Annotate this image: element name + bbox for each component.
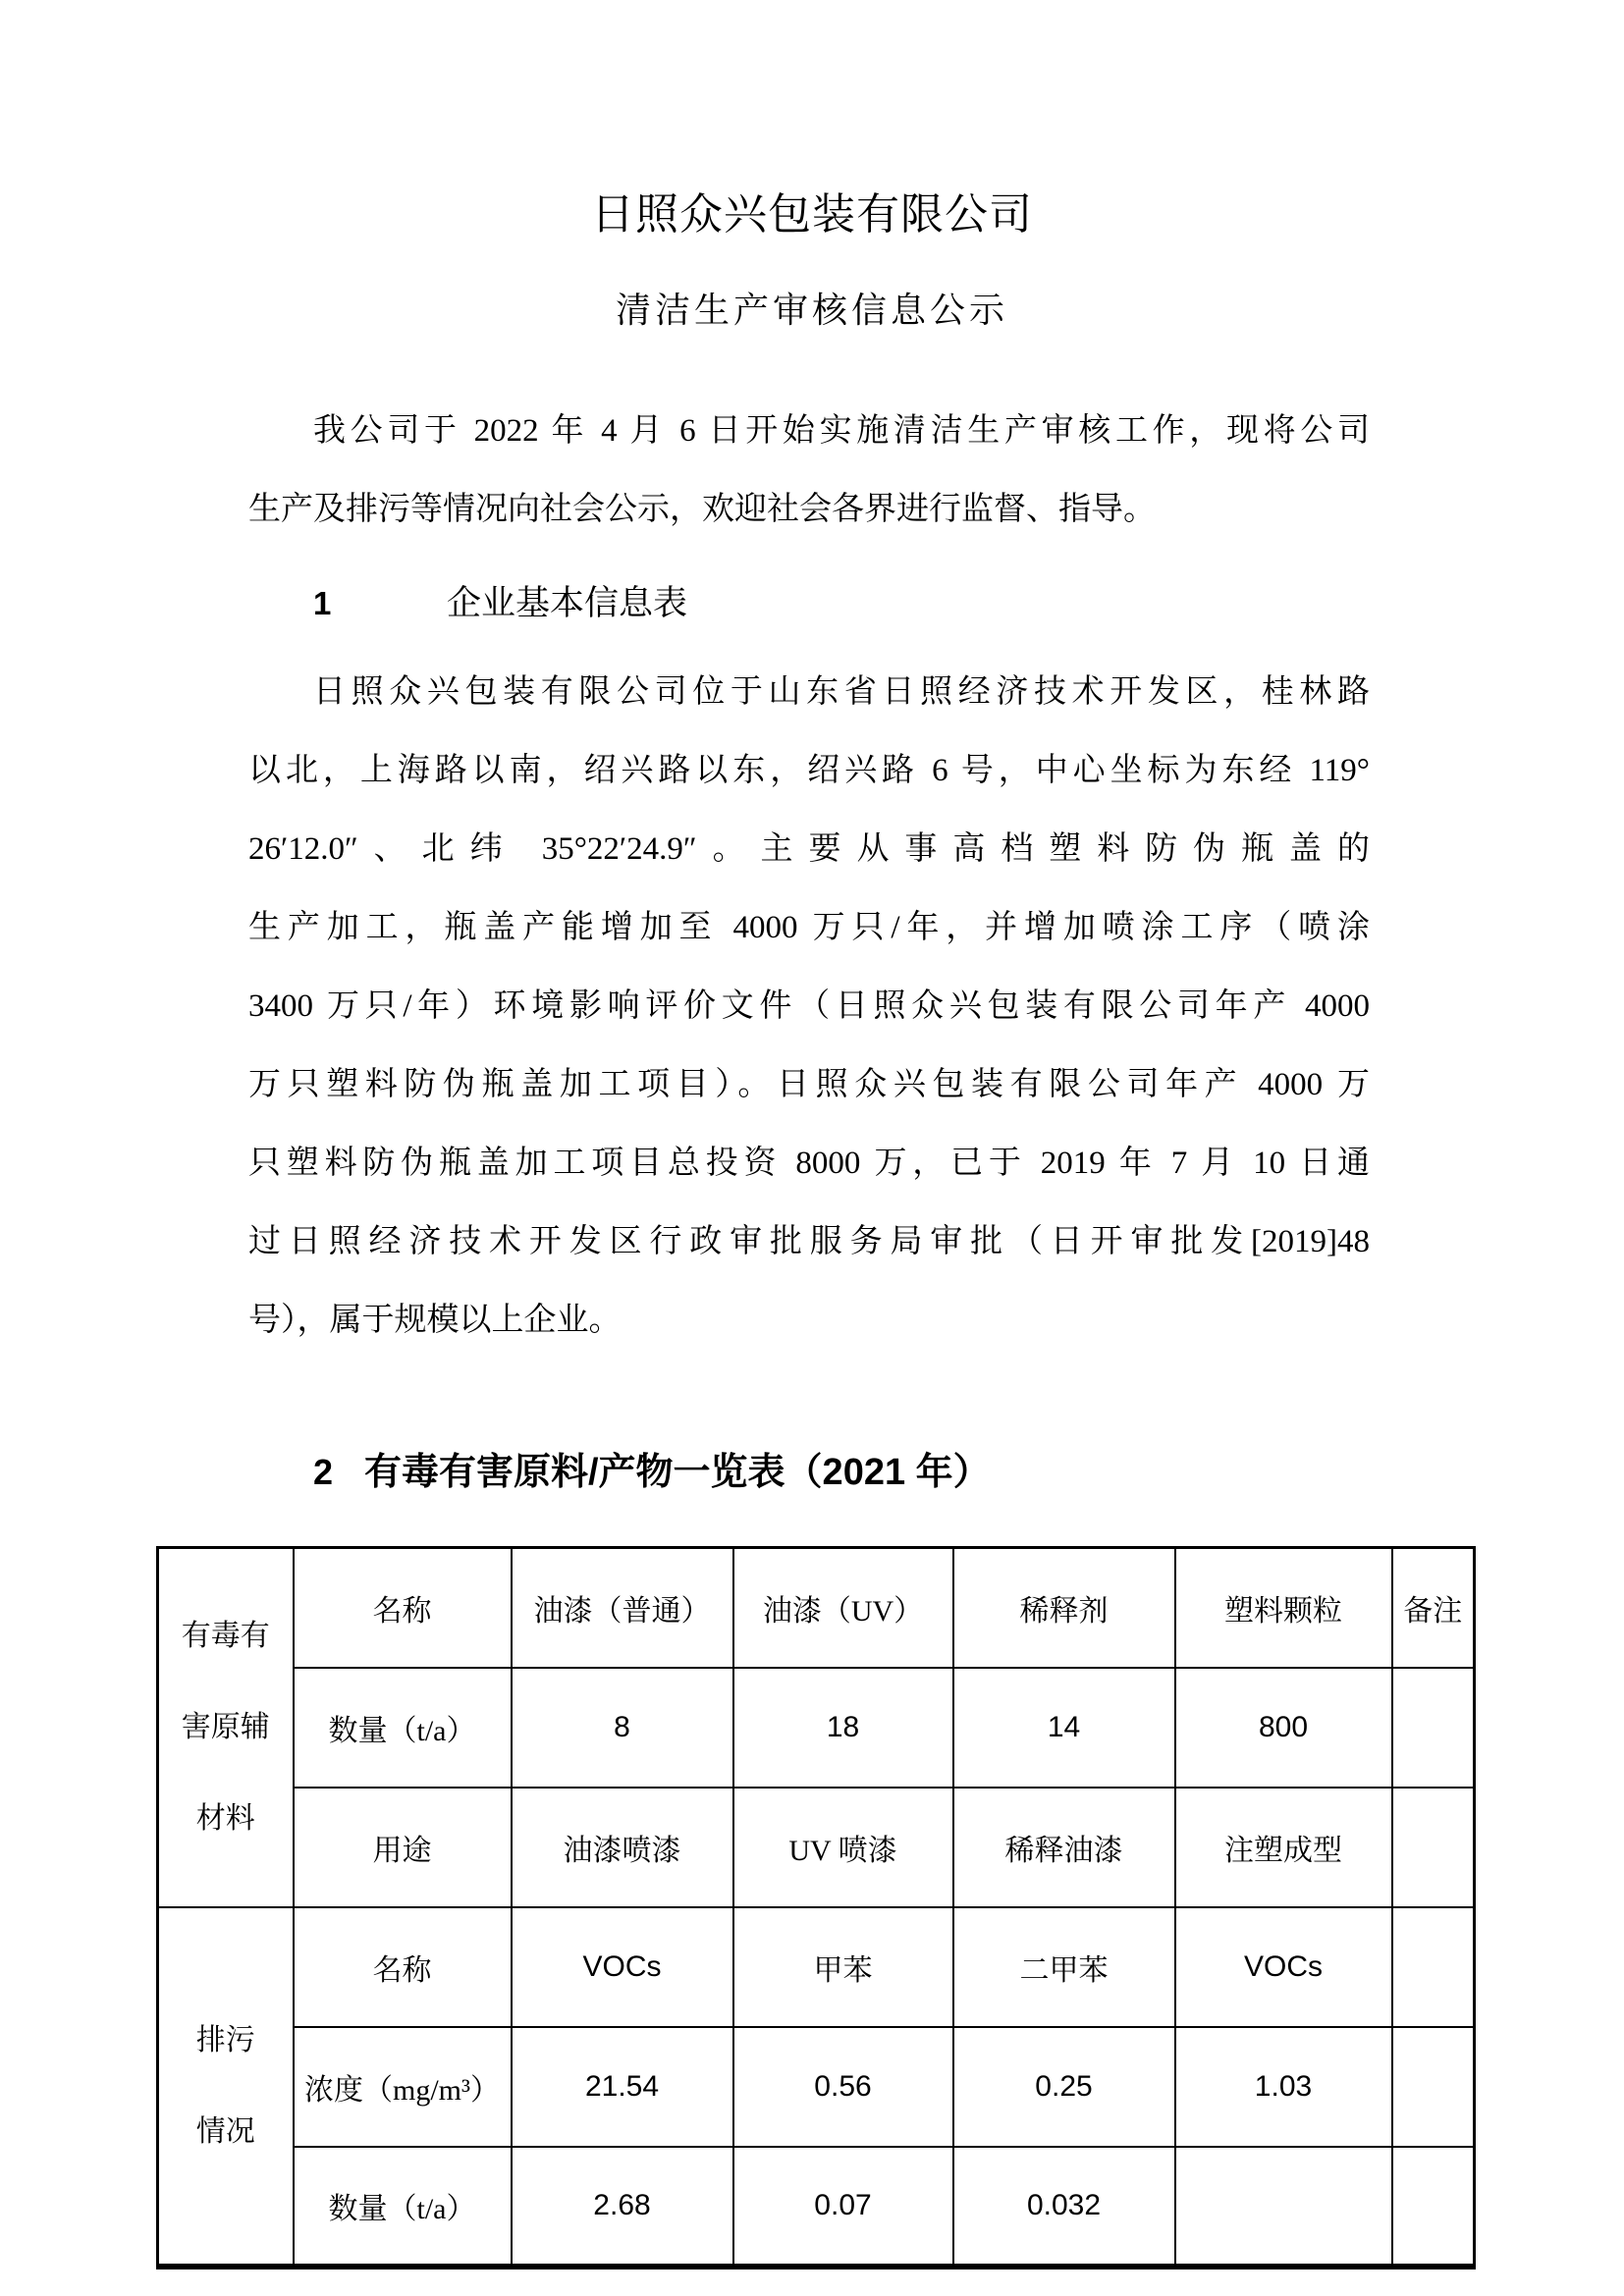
table-cell: 数量（t/a） (294, 2147, 512, 2267)
intro-line: 我公司于 2022 年 4 月 6 日开始实施清洁生产审核工作，现将公司 (248, 392, 1370, 470)
table-cell: VOCs (1175, 1907, 1392, 2027)
table-cell (1392, 2027, 1475, 2147)
company-line: 以北，上海路以南，绍兴路以东，绍兴路 6 号，中心坐标为东经 119° (248, 731, 1370, 810)
company-line: 26′12.0″、北纬 35°22′24.9″。主要从事高档塑料防伪瓶盖的 (248, 810, 1370, 888)
table-cell: 1.03 (1175, 2027, 1392, 2147)
table-cell: 21.54 (512, 2027, 733, 2147)
table-row: 用途 油漆喷漆 UV 喷漆 稀释油漆 注塑成型 (158, 1788, 1475, 1907)
table-cell: 数量（t/a） (294, 1668, 512, 1788)
table-cell: 名称 (294, 1907, 512, 2027)
table-cell: 用途 (294, 1788, 512, 1907)
table-cell: 2.68 (512, 2147, 733, 2267)
table-cell: 8 (512, 1668, 733, 1788)
table-cell (1392, 2147, 1475, 2267)
company-line: 过日照经济技术开发区行政审批服务局审批（日开审批发[2019]48 (248, 1202, 1370, 1281)
table-cell: 稀释油漆 (953, 1788, 1175, 1907)
table-cell: 名称 (294, 1548, 512, 1668)
materials-table: 有毒有 害原辅 材料 名称 油漆（普通） 油漆（UV） 稀释剂 塑料颗粒 备注 … (156, 1546, 1476, 2269)
table-cell: 油漆喷漆 (512, 1788, 733, 1907)
table-cell: 稀释剂 (953, 1548, 1175, 1668)
table-row: 有毒有 害原辅 材料 名称 油漆（普通） 油漆（UV） 稀释剂 塑料颗粒 备注 (158, 1548, 1475, 1668)
company-line: 只塑料防伪瓶盖加工项目总投资 8000 万，已于 2019 年 7 月 10 日… (248, 1124, 1370, 1202)
table-row: 排污 情况 名称 VOCs 甲苯 二甲苯 VOCs (158, 1907, 1475, 2027)
table-row: 浓度（mg/m³） 21.54 0.56 0.25 1.03 (158, 2027, 1475, 2147)
table-cell (1175, 2147, 1392, 2267)
company-line: 万只塑料防伪瓶盖加工项目）。日照众兴包装有限公司年产 4000 万 (248, 1045, 1370, 1124)
table-cell: 注塑成型 (1175, 1788, 1392, 1907)
table-cell: 0.25 (953, 2027, 1175, 2147)
section-2-heading: 2有毒有害原料/产物一览表（2021 年） (248, 1438, 1370, 1507)
table-cell: 0.032 (953, 2147, 1175, 2267)
table-cell: 备注 (1392, 1548, 1475, 1668)
row-group-emissions: 排污 情况 (158, 1907, 294, 2267)
table-cell: 浓度（mg/m³） (294, 2027, 512, 2147)
table-cell (1392, 1907, 1475, 2027)
table-cell: 14 (953, 1668, 1175, 1788)
table-cell: 油漆（普通） (512, 1548, 733, 1668)
section-1-number: 1 (313, 564, 447, 643)
company-line: 日照众兴包装有限公司位于山东省日照经济技术开发区，桂林路 (248, 653, 1370, 731)
company-paragraph: 日照众兴包装有限公司位于山东省日照经济技术开发区，桂林路 以北，上海路以南，绍兴… (248, 653, 1370, 1360)
table-cell: VOCs (512, 1907, 733, 2027)
table-cell (1392, 1788, 1475, 1907)
company-line: 3400 万只/年）环境影响评价文件（日照众兴包装有限公司年产 4000 (248, 967, 1370, 1045)
company-line: 号），属于规模以上企业。 (248, 1281, 1370, 1360)
table-cell: 甲苯 (733, 1907, 953, 2027)
row-group-materials: 有毒有 害原辅 材料 (158, 1548, 294, 1907)
table-cell: 油漆（UV） (733, 1548, 953, 1668)
table-cell: 塑料颗粒 (1175, 1548, 1392, 1668)
table-cell: 800 (1175, 1668, 1392, 1788)
table-cell (1392, 1668, 1475, 1788)
table-cell: 0.56 (733, 2027, 953, 2147)
intro-paragraph: 我公司于 2022 年 4 月 6 日开始实施清洁生产审核工作，现将公司 生产及… (248, 392, 1370, 549)
section-1-title: 企业基本信息表 (447, 584, 687, 622)
doc-title: 日照众兴包装有限公司 (0, 0, 1624, 241)
intro-line: 生产及排污等情况向社会公示，欢迎社会各界进行监督、指导。 (248, 470, 1370, 549)
company-line: 生产加工，瓶盖产能增加至 4000 万只/年，并增加喷涂工序（喷涂 (248, 888, 1370, 967)
document-body: 我公司于 2022 年 4 月 6 日开始实施清洁生产审核工作，现将公司 生产及… (248, 392, 1370, 1507)
section-2-title: 有毒有害原料/产物一览表（2021 年） (364, 1452, 991, 1493)
doc-subtitle: 清洁生产审核信息公示 (0, 283, 1624, 333)
table-cell: 0.07 (733, 2147, 953, 2267)
table-row: 数量（t/a） 2.68 0.07 0.032 (158, 2147, 1475, 2267)
table-cell: UV 喷漆 (733, 1788, 953, 1907)
materials-table-wrapper: 有毒有 害原辅 材料 名称 油漆（普通） 油漆（UV） 稀释剂 塑料颗粒 备注 … (156, 1546, 1624, 2269)
section-2-number: 2 (313, 1438, 364, 1507)
document-page: { "page": { "title": "日照众兴包装有限公司", "subt… (0, 0, 1624, 2296)
table-cell: 18 (733, 1668, 953, 1788)
section-1-heading: 1企业基本信息表 (248, 564, 1370, 643)
table-cell: 二甲苯 (953, 1907, 1175, 2027)
table-row: 数量（t/a） 8 18 14 800 (158, 1668, 1475, 1788)
